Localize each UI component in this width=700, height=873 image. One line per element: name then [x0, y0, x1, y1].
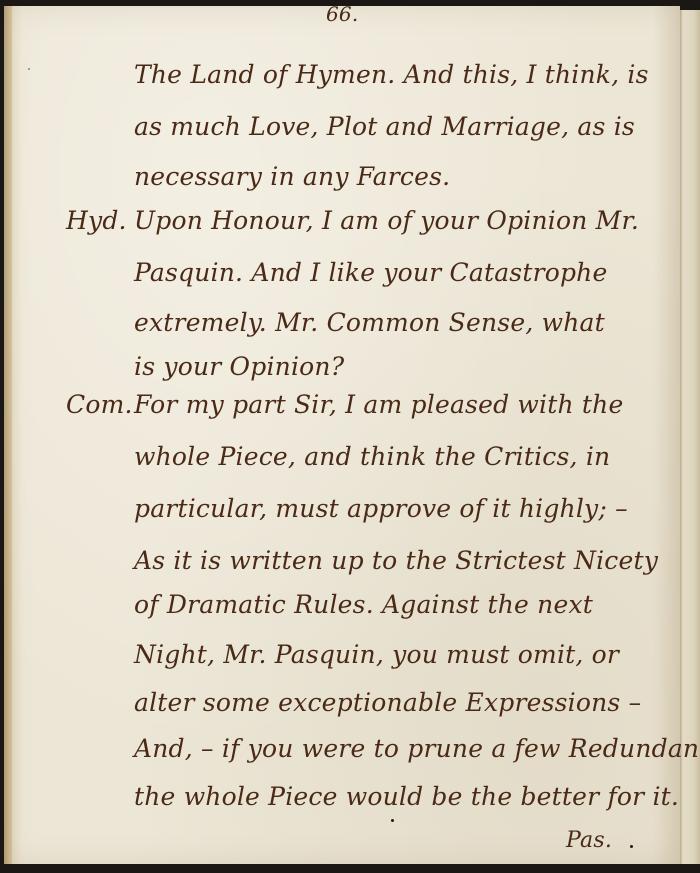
text-line-4: Upon Honour, I am of your Opinion Mr. [134, 206, 639, 236]
text-line-7: is your Opinion? [134, 352, 344, 382]
text-line-8: For my part Sir, I am pleased with the [134, 390, 623, 420]
speaker-label-hyd: Hyd. [66, 206, 127, 236]
text-line-16: the whole Piece would be the better for … [134, 782, 679, 812]
text-line-1: The Land of Hymen. And this, I think, is [134, 60, 649, 90]
text-line-10: particular, must approve of it highly; – [134, 494, 628, 524]
page-gutter-fold [4, 6, 12, 864]
text-line-14: alter some exceptionable Expressions – [134, 688, 641, 718]
text-line-12: of Dramatic Rules. Against the next [134, 590, 593, 620]
text-line-11: As it is written up to the Strictest Nic… [134, 546, 658, 576]
ink-speck [391, 819, 394, 822]
catchword: Pas. [566, 828, 612, 853]
text-line-13: Night, Mr. Pasquin, you must omit, or [134, 640, 619, 670]
page-number: 66. [326, 2, 358, 26]
ink-speck [28, 68, 30, 70]
text-line-9: whole Piece, and think the Critics, in [134, 442, 610, 472]
text-line-5: Pasquin. And I like your Catastrophe [134, 258, 607, 288]
ink-speck [630, 845, 633, 848]
speaker-label-com: Com. [66, 390, 133, 420]
text-line-6: extremely. Mr. Common Sense, what [134, 308, 605, 338]
text-line-15: And, – if you were to prune a few Redund… [134, 734, 700, 764]
text-line-3: necessary in any Farces. [134, 162, 450, 192]
text-line-2: as much Love, Plot and Marriage, as is [134, 112, 635, 142]
